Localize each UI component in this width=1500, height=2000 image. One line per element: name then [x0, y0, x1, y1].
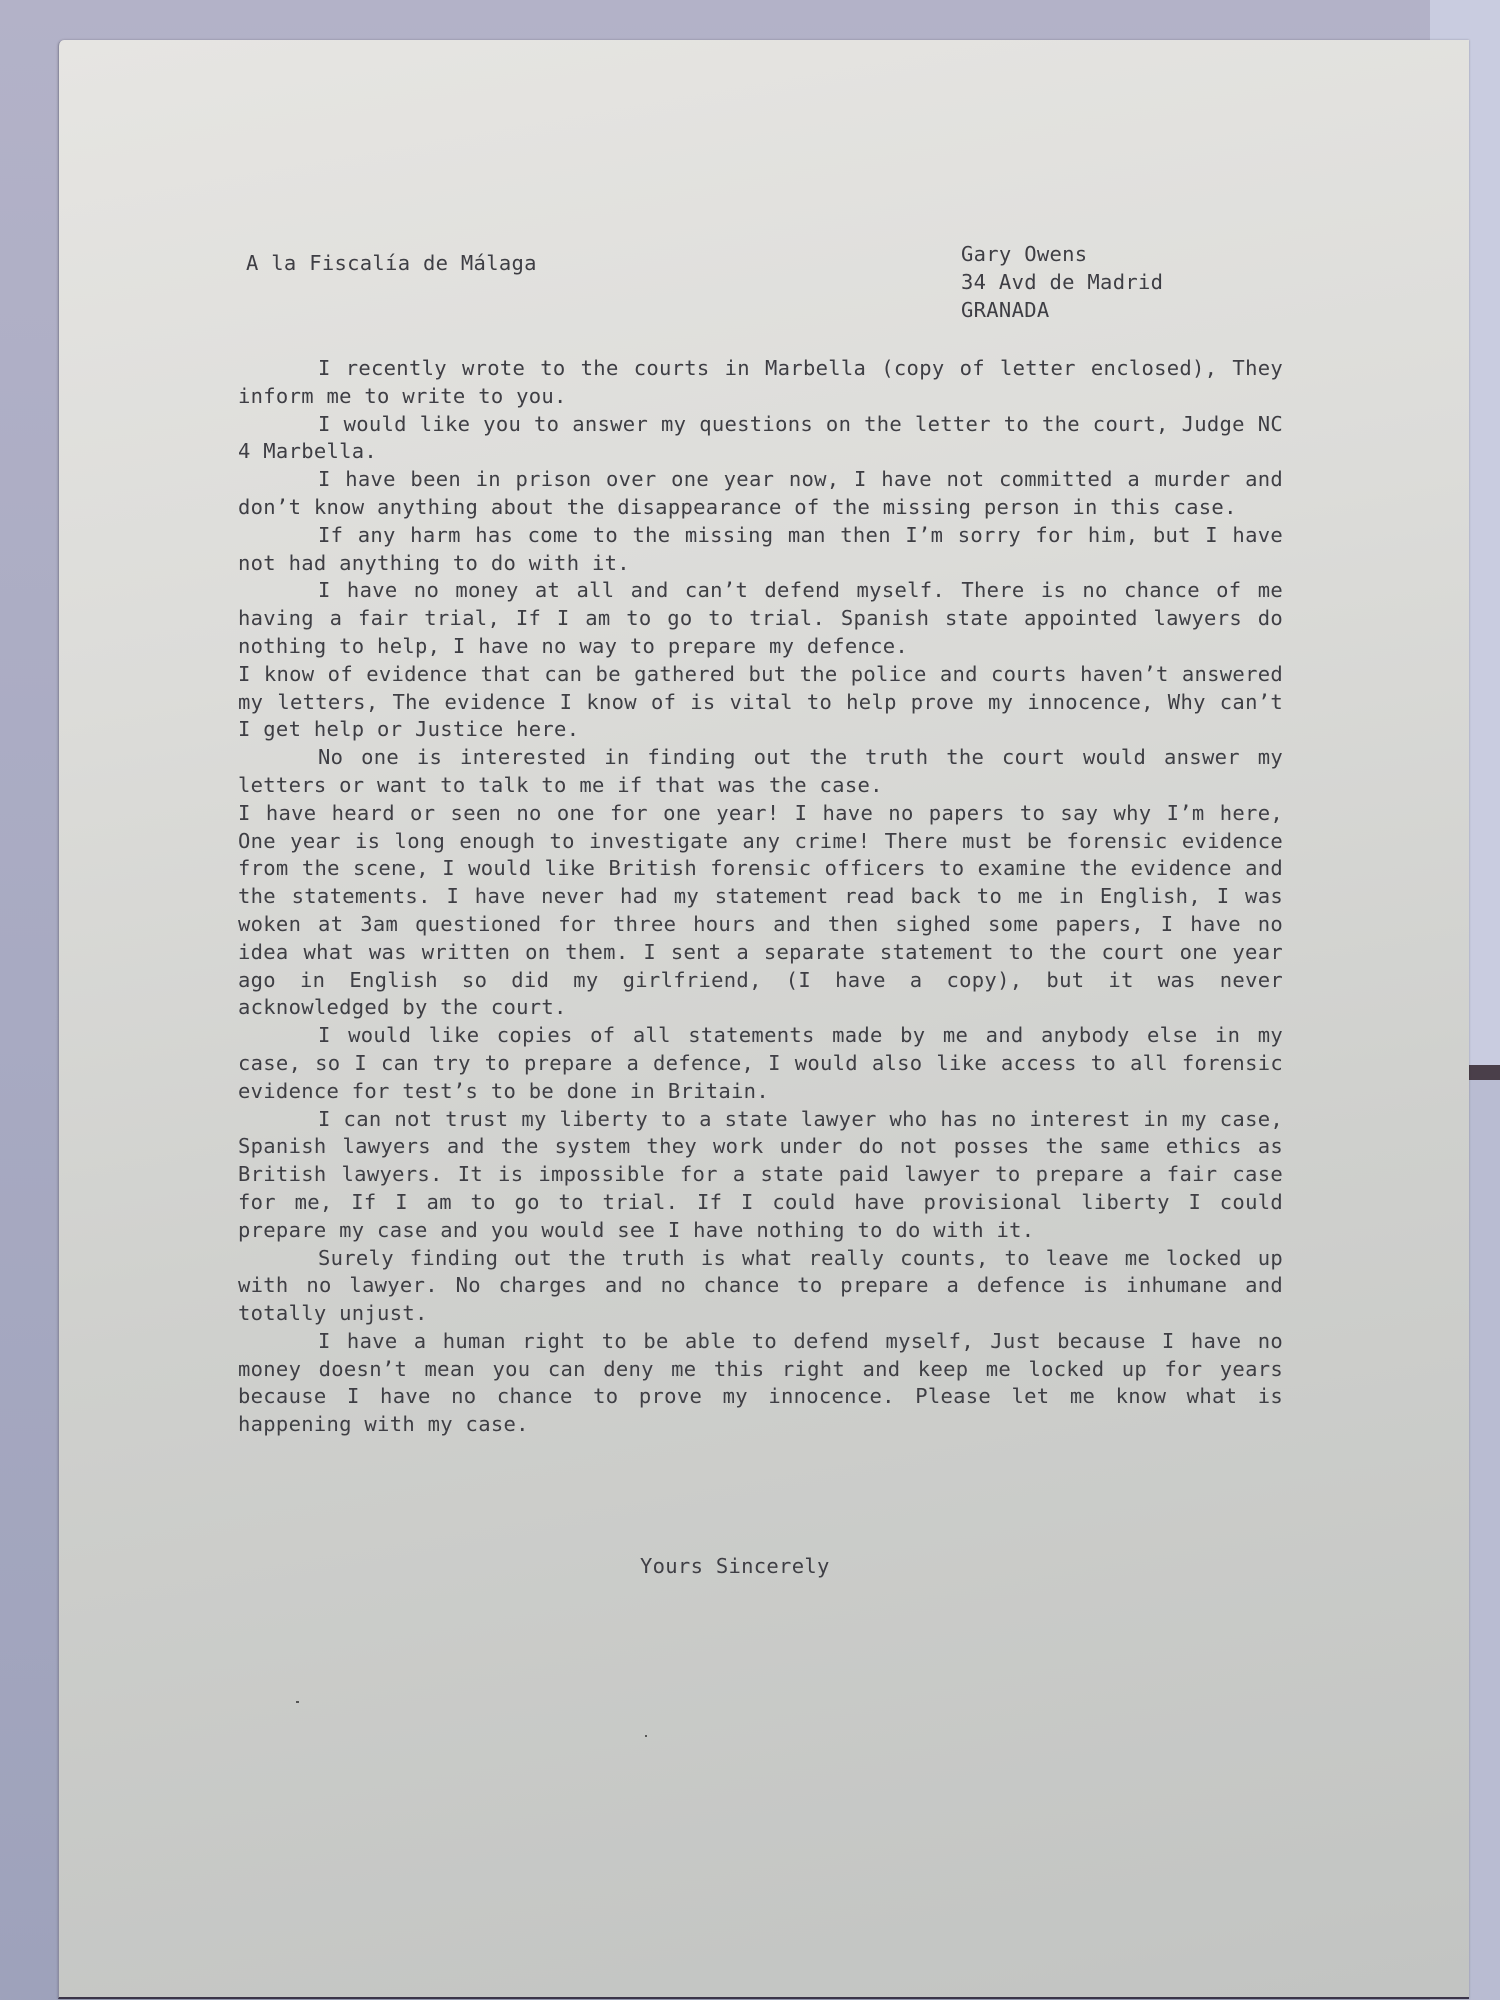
sender-city: GRANADA: [961, 296, 1163, 324]
paragraph-1: I recently wrote to the courts in Marbel…: [238, 355, 1283, 411]
paragraph-7: No one is interested in finding out the …: [238, 744, 1283, 800]
sender-name: Gary Owens: [961, 240, 1163, 268]
sender-address-block: Gary Owens 34 Avd de Madrid GRANADA: [961, 240, 1163, 324]
paragraph-2: I would like you to answer my questions …: [238, 411, 1283, 467]
paragraph-11: Surely finding out the truth is what rea…: [238, 1245, 1283, 1328]
paper-speck: [296, 1701, 299, 1703]
paragraph-4: If any harm has come to the missing man …: [238, 522, 1283, 578]
closing-salutation: Yours Sincerely: [640, 1553, 830, 1581]
paragraph-3: I have been in prison over one year now,…: [238, 466, 1283, 522]
paragraph-6: I know of evidence that can be gathered …: [238, 661, 1283, 744]
letter-body: I recently wrote to the courts in Marbel…: [238, 355, 1283, 1439]
paragraph-8: I have heard or seen no one for one year…: [238, 800, 1283, 1022]
paragraph-9: I would like copies of all statements ma…: [238, 1022, 1283, 1105]
paragraph-12: I have a human right to be able to defen…: [238, 1328, 1283, 1439]
paragraph-10: I can not trust my liberty to a state la…: [238, 1106, 1283, 1245]
recipient-line: A la Fiscalía de Málaga: [246, 250, 537, 278]
sender-street: 34 Avd de Madrid: [961, 268, 1163, 296]
paper-speck: [645, 1735, 647, 1737]
paragraph-5: I have no money at all and can’t defend …: [238, 577, 1283, 660]
